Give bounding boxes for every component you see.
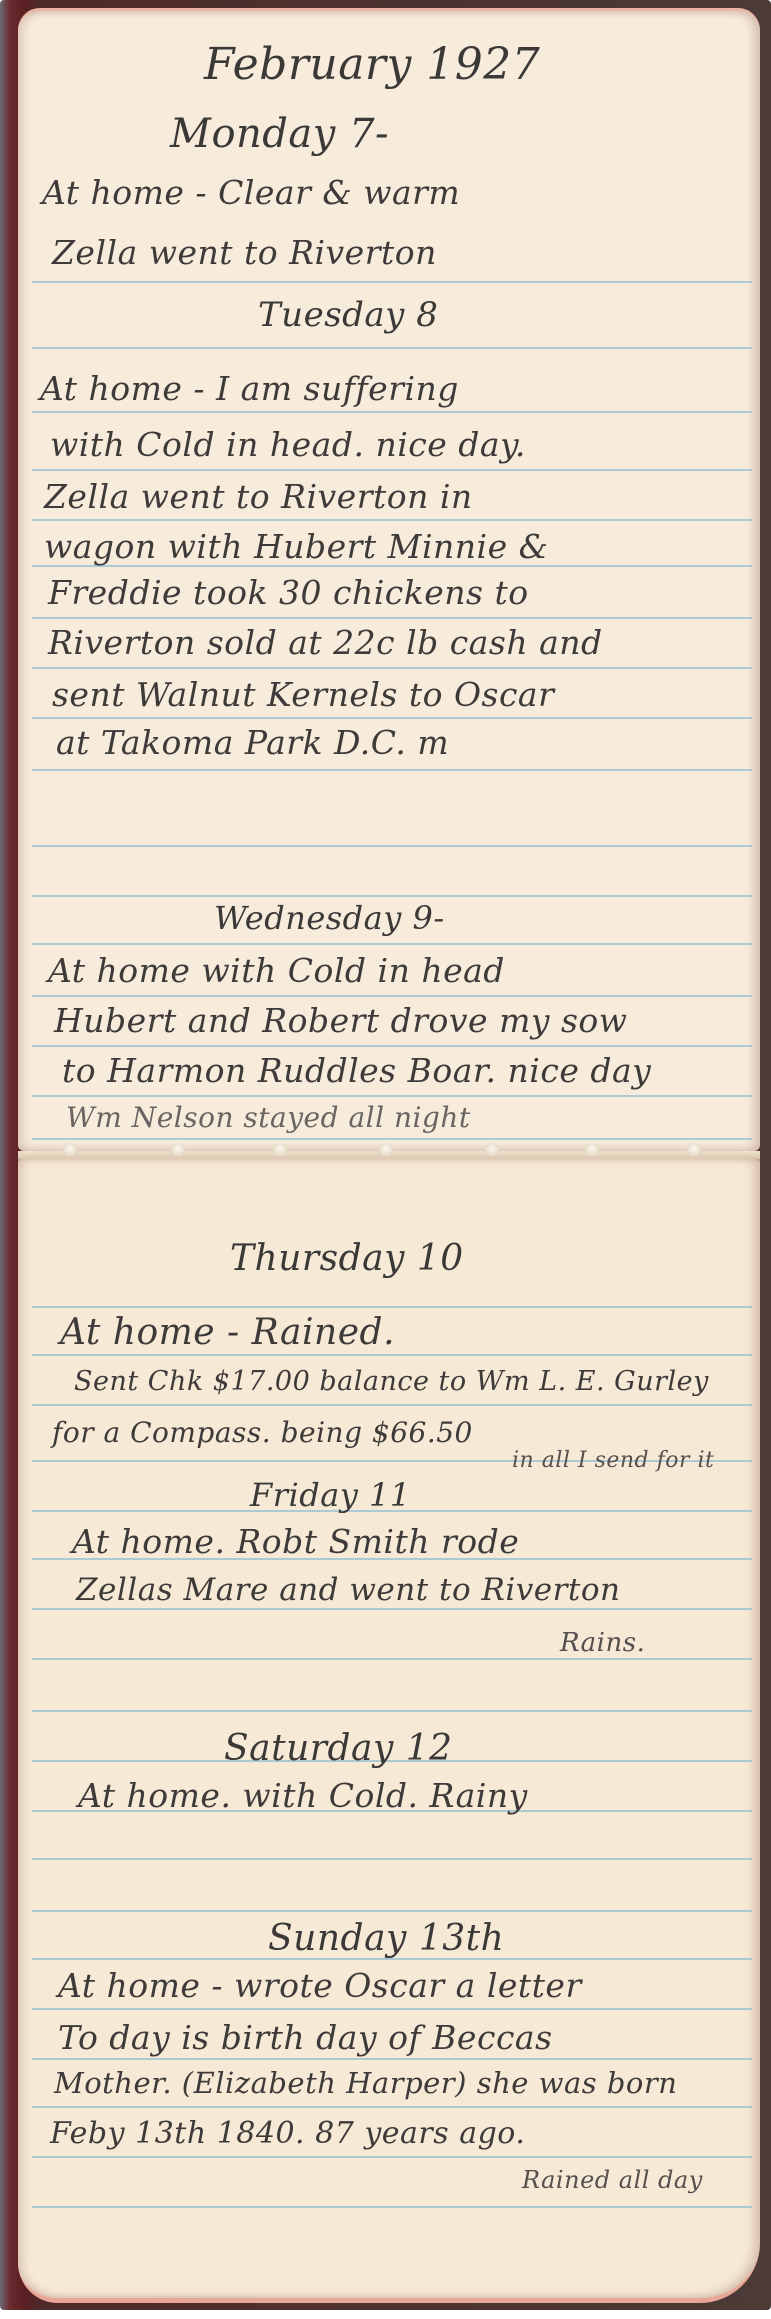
ruled-line xyxy=(32,1658,752,1660)
entry-line: To day is birth day of Beccas xyxy=(58,2018,553,2057)
ruled-line xyxy=(32,995,752,997)
entry-line: Sent Chk $17.00 balance to Wm L. E. Gurl… xyxy=(74,1366,709,1397)
entry-line: at Takoma Park D.C. m xyxy=(56,723,449,762)
entry-line: Zellas Mare and went to Riverton xyxy=(76,1572,621,1608)
day-heading-tuesday: Tuesday 8 xyxy=(258,295,438,335)
diary-page-bottom: Thursday 10 At home - Rained. Sent Chk $… xyxy=(18,1158,760,2303)
entry-line: At home - wrote Oscar a letter xyxy=(58,1966,582,2005)
ruled-line xyxy=(32,1710,752,1712)
binding-hole xyxy=(170,1143,186,1157)
entry-line: Rains. xyxy=(560,1628,645,1658)
entry-line: with Cold in head. nice day. xyxy=(50,425,526,464)
ruled-line xyxy=(32,769,752,771)
entry-line: At home. Robt Smith rode xyxy=(72,1522,519,1561)
ruled-line xyxy=(32,1095,752,1097)
entry-line: Wm Nelson stayed all night xyxy=(66,1101,471,1134)
binding-hole xyxy=(62,1143,78,1157)
ruled-line xyxy=(32,411,752,413)
month-year-heading: February 1927 xyxy=(204,39,540,90)
day-heading-sunday: Sunday 13th xyxy=(268,1918,504,1959)
ruled-line xyxy=(32,1858,752,1860)
binding-hole xyxy=(272,1143,288,1157)
day-heading-friday: Friday 11 xyxy=(250,1476,411,1514)
entry-line: to Harmon Ruddles Boar. nice day xyxy=(62,1051,651,1090)
day-heading-monday: Monday 7- xyxy=(170,111,389,157)
entry-line: sent Walnut Kernels to Oscar xyxy=(52,675,554,714)
ruled-line xyxy=(32,1045,752,1047)
binding-hole xyxy=(378,1143,394,1157)
ruled-line xyxy=(32,895,752,897)
entry-line: Feby 13th 1840. 87 years ago. xyxy=(50,2116,525,2151)
entry-line: Hubert and Robert drove my sow xyxy=(54,1001,628,1040)
entry-line: At home - Rained. xyxy=(60,1312,395,1353)
entry-line: Zella went to Riverton xyxy=(52,233,437,272)
entry-line: At home with Cold in head xyxy=(48,951,505,990)
ruled-line xyxy=(32,347,752,349)
entry-line: Riverton sold at 22c lb cash and xyxy=(48,623,603,662)
binding-hole xyxy=(584,1143,600,1157)
ruled-line xyxy=(32,1354,752,1356)
binding-hole xyxy=(484,1143,500,1157)
ruled-line xyxy=(32,667,752,669)
entry-line: Freddie took 30 chickens to xyxy=(48,573,529,612)
ruled-line xyxy=(32,1608,752,1610)
entry-line: At home. with Cold. Rainy xyxy=(78,1776,528,1815)
ruled-line xyxy=(32,2058,752,2060)
ruled-line xyxy=(32,2106,752,2108)
entry-line: Zella went to Riverton in xyxy=(44,477,473,516)
entry-line: for a Compass. being $66.50 xyxy=(52,1416,473,1449)
day-heading-wednesday: Wednesday 9- xyxy=(214,899,445,937)
diary-page-top: February 1927 Monday 7- At home - Clear … xyxy=(18,8,760,1151)
ruled-line xyxy=(32,943,752,945)
ruled-line xyxy=(32,2008,752,2010)
ruled-line xyxy=(32,617,752,619)
day-heading-saturday: Saturday 12 xyxy=(224,1728,453,1769)
entry-line: At home - Clear & warm xyxy=(42,173,460,212)
entry-line: in all I send for it xyxy=(512,1448,714,1473)
ruled-line xyxy=(32,1910,752,1912)
entry-line: Rained all day xyxy=(522,2166,703,2194)
ruled-line xyxy=(32,845,752,847)
ruled-line xyxy=(32,2206,752,2208)
ruled-line xyxy=(32,281,752,283)
ruled-line xyxy=(32,1138,752,1140)
ruled-line xyxy=(32,717,752,719)
ruled-line xyxy=(32,2156,752,2158)
entry-line: Mother. (Elizabeth Harper) she was born xyxy=(54,2066,677,2100)
day-heading-thursday: Thursday 10 xyxy=(230,1238,464,1279)
entry-line: At home - I am suffering xyxy=(40,369,459,408)
ruled-line xyxy=(32,1404,752,1406)
binding-hole xyxy=(686,1143,702,1157)
entry-line: wagon with Hubert Minnie & xyxy=(44,527,548,566)
ruled-line xyxy=(32,519,752,521)
ruled-line xyxy=(32,1306,752,1308)
ruled-line xyxy=(32,469,752,471)
